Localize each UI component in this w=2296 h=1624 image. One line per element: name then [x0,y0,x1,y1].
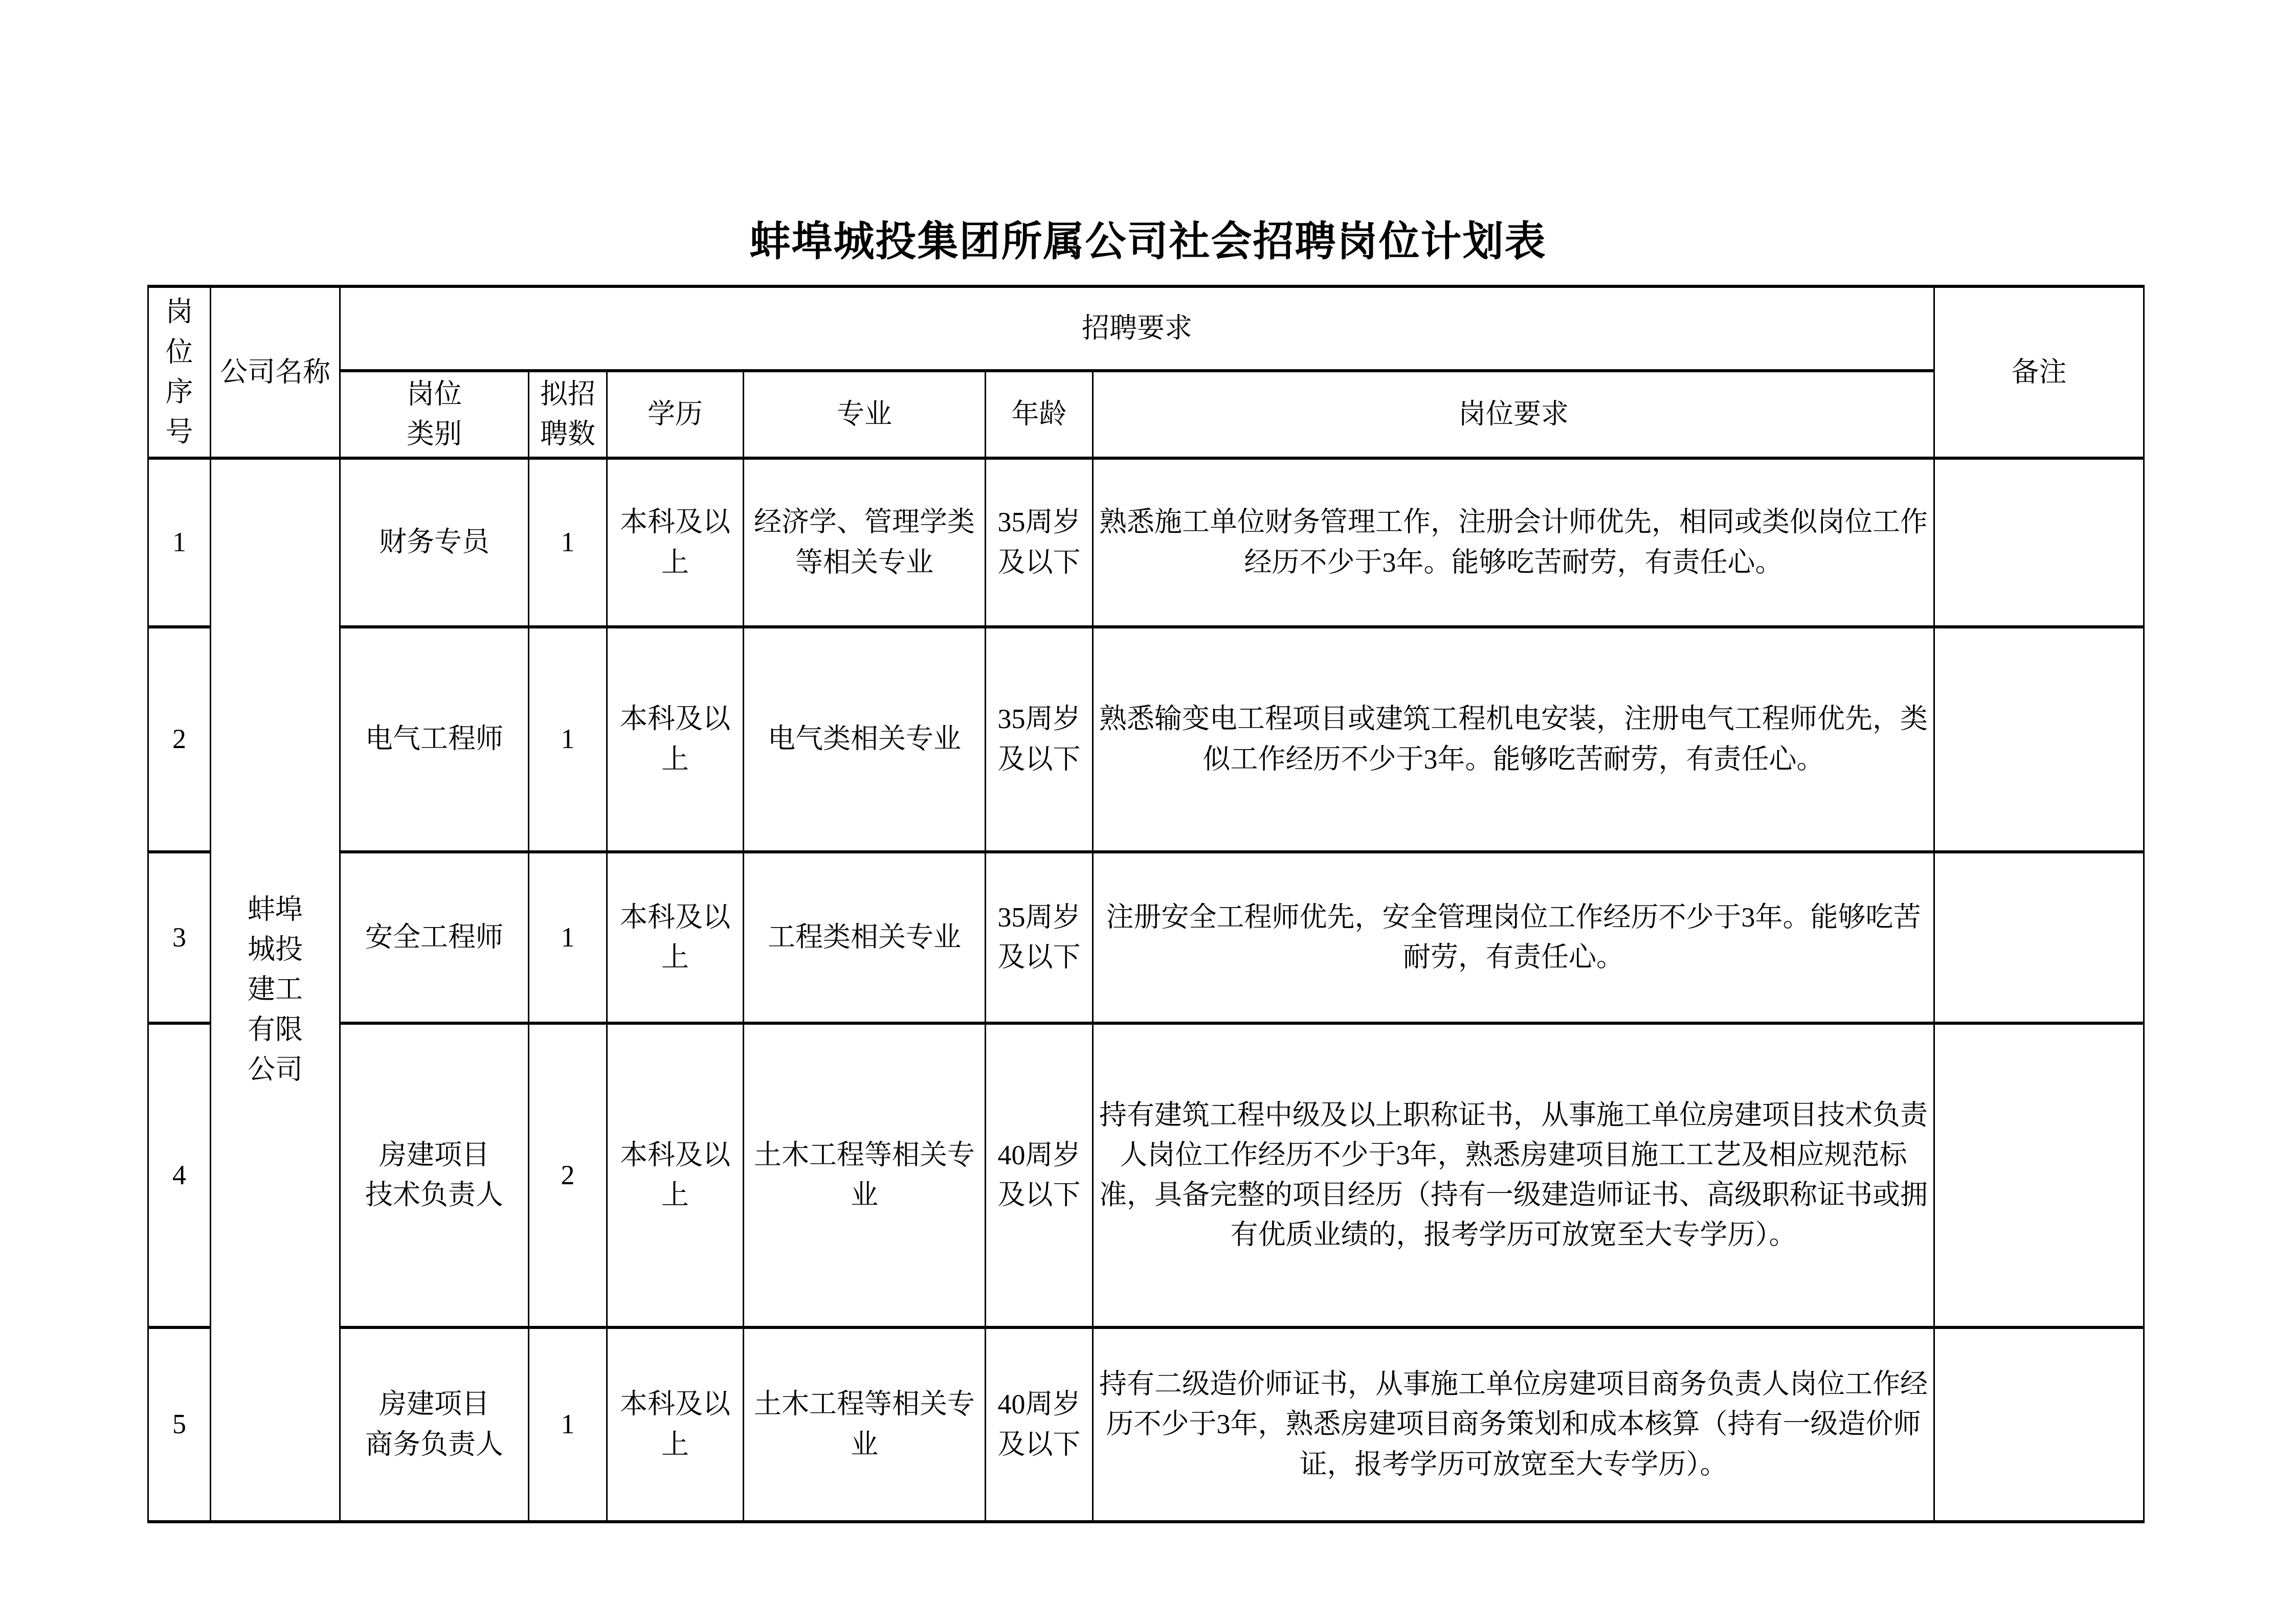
cell-education: 本科及以上 [607,1023,744,1327]
header-age: 年龄 [986,371,1093,458]
cell-position-no: 5 [148,1327,211,1522]
table-row: 2 电气工程师 1 本科及以上 电气类相关专业 35周岁 及以下 熟悉输变电工程… [148,627,2144,852]
table-row: 1 蚌埠 城投 建工 有限 公司 财务专员 1 本科及以上 经济学、管理学类 等… [148,458,2144,627]
cell-note [1934,1023,2144,1327]
cell-major: 土木工程等相关专 业 [744,1327,986,1522]
header-position-requirement: 岗位要求 [1093,371,1934,458]
table-header-row-sub: 岗位 类别 拟招 聘数 学历 专业 年龄 岗位要求 [148,371,2144,458]
cell-position-category: 安全工程师 [340,852,529,1023]
cell-major: 经济学、管理学类 等相关专业 [744,458,986,627]
cell-note [1934,458,2144,627]
cell-planned-count: 2 [529,1023,607,1327]
header-position-no: 岗 位 序 号 [148,286,211,458]
table-row: 3 安全工程师 1 本科及以上 工程类相关专业 35周岁 及以下 注册安全工程师… [148,852,2144,1023]
page-title: 蚌埠城投集团所属公司社会招聘岗位计划表 [0,214,2296,270]
table-row: 4 房建项目 技术负责人 2 本科及以上 土木工程等相关专 业 40周岁 及以下… [148,1023,2144,1327]
cell-position-no: 4 [148,1023,211,1327]
cell-age: 40周岁 及以下 [986,1327,1093,1522]
cell-position-category: 财务专员 [340,458,529,627]
cell-age: 35周岁 及以下 [986,458,1093,627]
cell-planned-count: 1 [529,458,607,627]
cell-position-requirement: 持有建筑工程中级及以上职称证书，从事施工单位房建项目技术负责人岗位工作经历不少于… [1093,1023,1934,1327]
recruitment-plan-table: 岗 位 序 号 公司名称 招聘要求 备注 岗位 类别 拟招 聘数 学历 专业 年… [147,285,2145,1523]
header-recruitment-requirements: 招聘要求 [340,286,1934,371]
cell-age: 35周岁 及以下 [986,852,1093,1023]
header-note: 备注 [1934,286,2144,458]
cell-planned-count: 1 [529,627,607,852]
header-education: 学历 [607,371,744,458]
cell-age: 35周岁 及以下 [986,627,1093,852]
cell-education: 本科及以上 [607,458,744,627]
header-position-category: 岗位 类别 [340,371,529,458]
table-row: 5 房建项目 商务负责人 1 本科及以上 土木工程等相关专 业 40周岁 及以下… [148,1327,2144,1522]
cell-position-no: 2 [148,627,211,852]
cell-position-requirement: 注册安全工程师优先，安全管理岗位工作经历不少于3年。能够吃苦耐劳，有责任心。 [1093,852,1934,1023]
cell-note [1934,627,2144,852]
cell-education: 本科及以上 [607,852,744,1023]
cell-planned-count: 1 [529,1327,607,1522]
cell-position-no: 1 [148,458,211,627]
header-company-name: 公司名称 [211,286,340,458]
cell-position-no: 3 [148,852,211,1023]
header-major: 专业 [744,371,986,458]
cell-age: 40周岁 及以下 [986,1023,1093,1327]
cell-planned-count: 1 [529,852,607,1023]
cell-position-requirement: 持有二级造价师证书，从事施工单位房建项目商务负责人岗位工作经历不少于3年，熟悉房… [1093,1327,1934,1522]
cell-major: 工程类相关专业 [744,852,986,1023]
cell-position-requirement: 熟悉输变电工程项目或建筑工程机电安装，注册电气工程师优先，类似工作经历不少于3年… [1093,627,1934,852]
cell-education: 本科及以上 [607,1327,744,1522]
cell-major: 土木工程等相关专 业 [744,1023,986,1327]
cell-note [1934,852,2144,1023]
cell-position-category: 房建项目 技术负责人 [340,1023,529,1327]
cell-position-category: 房建项目 商务负责人 [340,1327,529,1522]
cell-position-requirement: 熟悉施工单位财务管理工作，注册会计师优先，相同或类似岗位工作经历不少于3年。能够… [1093,458,1934,627]
cell-major: 电气类相关专业 [744,627,986,852]
cell-note [1934,1327,2144,1522]
header-planned-count: 拟招 聘数 [529,371,607,458]
cell-position-category: 电气工程师 [340,627,529,852]
table-header-row-top: 岗 位 序 号 公司名称 招聘要求 备注 [148,286,2144,371]
cell-company-name: 蚌埠 城投 建工 有限 公司 [211,458,340,1522]
cell-education: 本科及以上 [607,627,744,852]
